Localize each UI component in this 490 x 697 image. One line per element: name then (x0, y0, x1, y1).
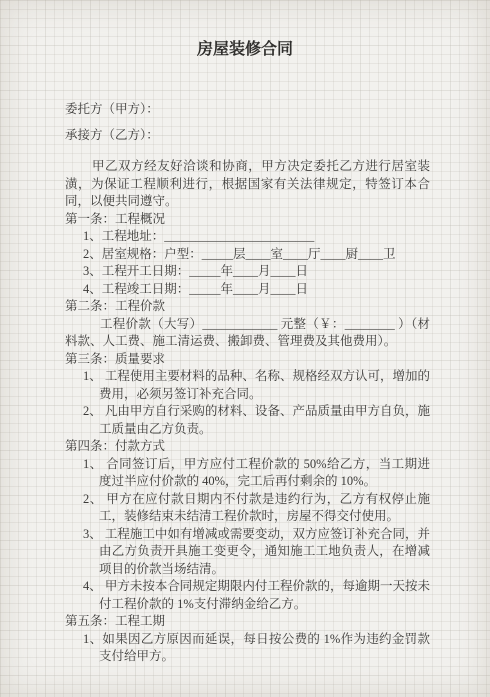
document-title: 房屋装修合同 (65, 40, 430, 59)
section-paragraph: 工程价款（大写）____________ 元整（￥：________ ）（材料款… (65, 316, 430, 351)
clause-item: 2、 凡由甲方自行采购的材料、设备、产品质量由甲方自负，施工质量由乙方负责。 (65, 403, 430, 438)
section-heading: 第三条：质量要求 (65, 351, 430, 369)
party-b-label: 承接方（乙方）： (65, 127, 430, 144)
contract-document-page: 房屋装修合同 委托方（甲方）： 承接方（乙方）： 甲乙双方经友好洽谈和协商，甲方… (0, 0, 490, 697)
clause-item: 1、如果因乙方原因而延误，每日按公费的 1%作为违约金罚款支付给甲方。 (65, 631, 430, 666)
clause-item: 1、 合同签订后，甲方应付工程价款的 50%给乙方，当工期进度过半应付价款的 4… (65, 456, 430, 491)
clause-item: 2、居室规格：户型：_____层____室____厅____厨____卫 (65, 246, 430, 264)
clause-item: 4、工程竣工日期：_____年____月____日 (65, 281, 430, 299)
contract-sections: 第一条：工程概况1、工程地址：________________________2… (65, 211, 430, 666)
parties-block: 委托方（甲方）： 承接方（乙方）： (65, 101, 430, 144)
section-heading: 第二条：工程价款 (65, 298, 430, 316)
section-heading: 第五条：工程工期 (65, 613, 430, 631)
clause-item: 2、 甲方在应付款日期内不付款是违约行为，乙方有权停止施工，装修结束未结清工程价… (65, 491, 430, 526)
section-heading: 第一条：工程概况 (65, 211, 430, 229)
contract-preamble: 甲乙双方经友好洽谈和协商，甲方决定委托乙方进行居室装潢，为保证工程顺利进行，根据… (65, 158, 430, 211)
clause-item: 1、 工程使用主要材料的品种、名称、规格经双方认可，增加的费用，必须另签订补充合… (65, 368, 430, 403)
clause-item: 3、工程开工日期：_____年____月____日 (65, 263, 430, 281)
section-heading: 第四条：付款方式 (65, 438, 430, 456)
contract-body: 甲乙双方经友好洽谈和协商，甲方决定委托乙方进行居室装潢，为保证工程顺利进行，根据… (65, 158, 430, 666)
clause-item: 3、 工程施工中如有增减或需要变动，双方应签订补充合同，并由乙方负责开具施工变更… (65, 526, 430, 579)
clause-item: 1、工程地址：________________________ (65, 228, 430, 246)
clause-item: 4、 甲方未按本合同规定期限内付工程价款的，每逾期一天按未付工程价款的 1%支付… (65, 578, 430, 613)
party-a-label: 委托方（甲方）： (65, 101, 430, 118)
